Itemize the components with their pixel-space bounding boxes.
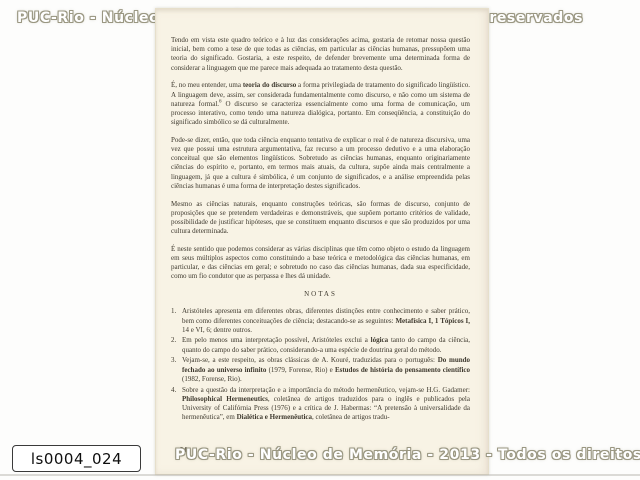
paragraph: Tendo em vista este quadro teórico e à l… xyxy=(171,36,470,73)
note-number: 3. xyxy=(171,356,182,384)
text-run: Sobre a questão da interpretação e a imp… xyxy=(182,386,470,394)
text-run: É, no meu entender, uma xyxy=(171,81,243,89)
paragraph: É neste sentido que podemos considerar a… xyxy=(171,245,470,282)
paragraph: Mesmo as ciências naturais, enquanto con… xyxy=(171,200,470,237)
notes-heading: NOTAS xyxy=(171,290,470,299)
note-number: 1. xyxy=(171,307,182,335)
scan-edge-shadow xyxy=(0,474,640,476)
text-run: Philosophical Hermeneutics xyxy=(182,395,268,403)
paragraph: Pode-se dizer, então, que toda ciência e… xyxy=(171,136,470,191)
note-number: 2. xyxy=(171,336,182,354)
text-run: (1979, Forense, Rio) e xyxy=(266,366,335,374)
note-text: Aristóteles apresenta em diferentes obra… xyxy=(182,307,470,335)
scan-id-field[interactable]: ls0004_024 xyxy=(12,445,141,472)
note-item: 2.Em pelo menos uma interpretação possív… xyxy=(171,336,470,354)
notes-list: 1.Aristóteles apresenta em diferentes ob… xyxy=(171,307,470,422)
text-run: 14 e VI, 6; dentre outros. xyxy=(182,326,252,334)
document-text: Tendo em vista este quadro teórico e à l… xyxy=(171,36,470,424)
paragraph: É, no meu entender, uma teoria do discur… xyxy=(171,81,470,127)
note-item: 3.Vejam-se, a este respeito, as obras cl… xyxy=(171,356,470,384)
note-number: 4. xyxy=(171,386,182,423)
text-run: lógica xyxy=(371,336,389,344)
note-text: Em pelo menos uma interpretação possível… xyxy=(182,336,470,354)
note-item: 1.Aristóteles apresenta em diferentes ob… xyxy=(171,307,470,335)
text-run: É neste sentido que podemos considerar a… xyxy=(171,245,470,281)
text-run: Vejam-se, a este respeito, as obras clás… xyxy=(182,356,438,364)
text-run: (1982, Forense, Rio). xyxy=(182,375,242,383)
note-text: Sobre a questão da interpretação e a imp… xyxy=(182,386,470,423)
text-run: Em pelo menos uma interpretação possível… xyxy=(182,336,371,344)
text-run: Estudos de história do pensamento cientí… xyxy=(335,366,470,374)
watermark-bottom: PUC-Rio - Núcleo de Memória - 2013 - Tod… xyxy=(175,447,640,463)
note-text: Vejam-se, a este respeito, as obras clás… xyxy=(182,356,470,384)
paragraphs: Tendo em vista este quadro teórico e à l… xyxy=(171,36,470,282)
text-run: Metafísica I, 1 Tópicos I, xyxy=(395,317,470,325)
text-run: teoria do discurso xyxy=(243,81,296,89)
text-run: Dialética e Hermenêutica xyxy=(237,413,312,421)
text-run: Mesmo as ciências naturais, enquanto con… xyxy=(171,200,470,236)
text-run: Tendo em vista este quadro teórico e à l… xyxy=(171,36,470,72)
text-run: Pode-se dizer, então, que toda ciência e… xyxy=(171,136,470,190)
text-run: , coletânea de artigos tradu- xyxy=(312,413,390,421)
scanned-document-page: Tendo em vista este quadro teórico e à l… xyxy=(155,8,489,475)
note-item: 4.Sobre a questão da interpretação e a i… xyxy=(171,386,470,423)
